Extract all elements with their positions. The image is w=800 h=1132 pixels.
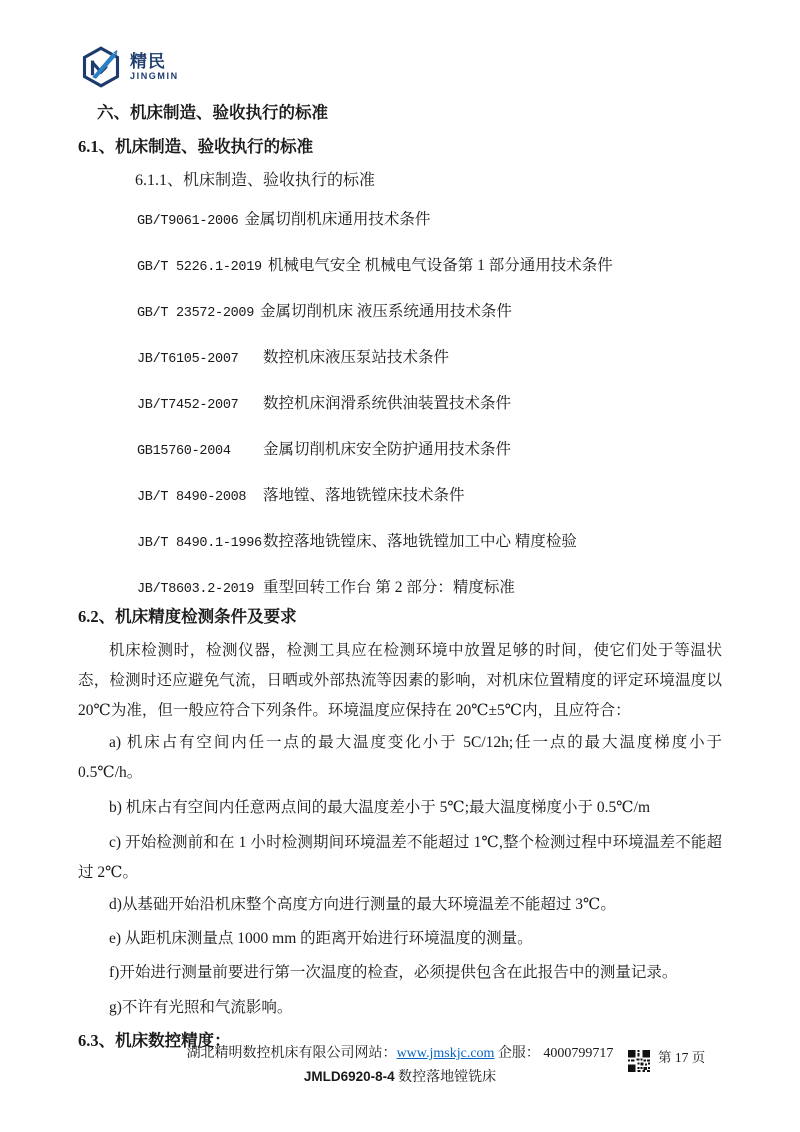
logo-text: 精民 JINGMIN bbox=[130, 53, 179, 81]
standard-name: 数控机床液压泵站技术条件 bbox=[263, 349, 449, 366]
standard-id: JB/T6105-2007 bbox=[137, 350, 263, 370]
product-code: JMLD6920-8-4 bbox=[304, 1069, 395, 1084]
heading-6-2: 6.2、机床精度检测条件及要求 bbox=[78, 607, 722, 627]
standard-name: 重型回转工作台 第 2 部分：精度标准 bbox=[263, 579, 515, 596]
heading-6-1-1: 6.1.1、机床制造、验收执行的标准 bbox=[78, 171, 722, 191]
document-page: 精民 JINGMIN 六、机床制造、验收执行的标准 6.1、机床制造、验收执行的… bbox=[0, 0, 800, 1132]
standard-name: 数控落地铣镗床、落地铣镗加工中心 精度检验 bbox=[263, 533, 577, 550]
standard-name: 落地镗、落地铣镗床技术条件 bbox=[263, 487, 465, 504]
standard-row: JB/T7452-2007数控机床润滑系统供油装置技术条件 bbox=[137, 394, 722, 416]
footer-service-label: 企服： bbox=[498, 1046, 540, 1061]
hexagon-m-logo-icon bbox=[78, 45, 124, 89]
standard-id: GB/T 5226.1-2019 bbox=[137, 260, 262, 275]
qr-code-icon bbox=[628, 1048, 650, 1072]
heading-6-1: 6.1、机床制造、验收执行的标准 bbox=[78, 137, 722, 157]
standard-row: GB/T 5226.1-2019机械电气安全 机械电气设备第 1 部分通用技术条… bbox=[137, 256, 722, 278]
standard-row: GB/T 23572-2009金属切削机床 液压系统通用技术条件 bbox=[137, 302, 722, 324]
standard-name: 金属切削机床通用技术条件 bbox=[244, 211, 430, 228]
page-number-block: 第 17 页 bbox=[628, 1048, 705, 1072]
product-name: 数控落地镗铣床 bbox=[398, 1070, 496, 1085]
logo-company-name-en: JINGMIN bbox=[130, 71, 179, 81]
company-logo: 精民 JINGMIN bbox=[78, 45, 722, 89]
footer-company-text: 湖北精明数控机床有限公司网站： bbox=[187, 1046, 397, 1061]
logo-company-name-cn: 精民 bbox=[130, 53, 179, 71]
standard-id: JB/T8603.2-2019 bbox=[137, 580, 263, 600]
condition-item-f: f)开始进行测量前要进行第一次温度的检查，必须提供包含在此报告中的测量记录。 bbox=[78, 958, 722, 988]
standard-row: JB/T6105-2007数控机床液压泵站技术条件 bbox=[137, 348, 722, 370]
inspection-conditions-intro: 机床检测时，检测仪器，检测工具应在检测环境中放置足够的时间，使它们处于等温状态，… bbox=[78, 636, 722, 726]
standards-list: GB/T9061-2006金属切削机床通用技术条件 GB/T 5226.1-20… bbox=[78, 210, 722, 600]
standard-row: JB/T 8490-2008落地镗、落地铣镗床技术条件 bbox=[137, 486, 722, 508]
condition-item-c: c) 开始检测前和在 1 小时检测期间环境温差不能超过 1℃,整个检测过程中环境… bbox=[78, 828, 722, 888]
page-number-label: 第 17 页 bbox=[658, 1048, 705, 1068]
standard-id: JB/T 8490-2008 bbox=[137, 488, 263, 508]
standard-id: GB15760-2004 bbox=[137, 442, 263, 462]
standard-name: 金属切削机床安全防护通用技术条件 bbox=[263, 441, 511, 458]
condition-item-a: a) 机床占有空间内任一点的最大温度变化小于 5C/12h;任一点的最大温度梯度… bbox=[78, 728, 722, 788]
standard-name: 机械电气安全 机械电气设备第 1 部分通用技术条件 bbox=[268, 257, 613, 274]
condition-item-g: g)不许有光照和气流影响。 bbox=[78, 993, 722, 1023]
standard-id: JB/T 8490.1-1996 bbox=[137, 534, 263, 554]
standard-id: JB/T7452-2007 bbox=[137, 396, 263, 416]
condition-item-b: b) 机床占有空间内任意两点间的最大温度差小于 5℃;最大温度梯度小于 0.5℃… bbox=[78, 793, 722, 823]
standard-id: GB/T9061-2006 bbox=[137, 214, 238, 229]
standard-row: GB15760-2004金属切削机床安全防护通用技术条件 bbox=[137, 440, 722, 462]
standard-row: JB/T 8490.1-1996数控落地铣镗床、落地铣镗加工中心 精度检验 bbox=[137, 532, 722, 554]
footer-service-phone: 4000799717 bbox=[543, 1046, 613, 1061]
standard-name: 金属切削机床 液压系统通用技术条件 bbox=[260, 303, 512, 320]
standard-row: GB/T9061-2006金属切削机床通用技术条件 bbox=[137, 210, 722, 232]
website-link[interactable]: www.jmskjc.com bbox=[397, 1046, 495, 1061]
standard-id: GB/T 23572-2009 bbox=[137, 306, 254, 321]
condition-item-d: d)从基础开始沿机床整个高度方向进行测量的最大环境温差不能超过 3℃。 bbox=[78, 890, 722, 920]
heading-section-6: 六、机床制造、验收执行的标准 bbox=[78, 103, 722, 123]
condition-item-e: e) 从距机床测量点 1000 mm 的距离开始进行环境温度的测量。 bbox=[78, 924, 722, 954]
standard-row: JB/T8603.2-2019重型回转工作台 第 2 部分：精度标准 bbox=[137, 578, 722, 600]
standard-name: 数控机床润滑系统供油装置技术条件 bbox=[263, 395, 511, 412]
